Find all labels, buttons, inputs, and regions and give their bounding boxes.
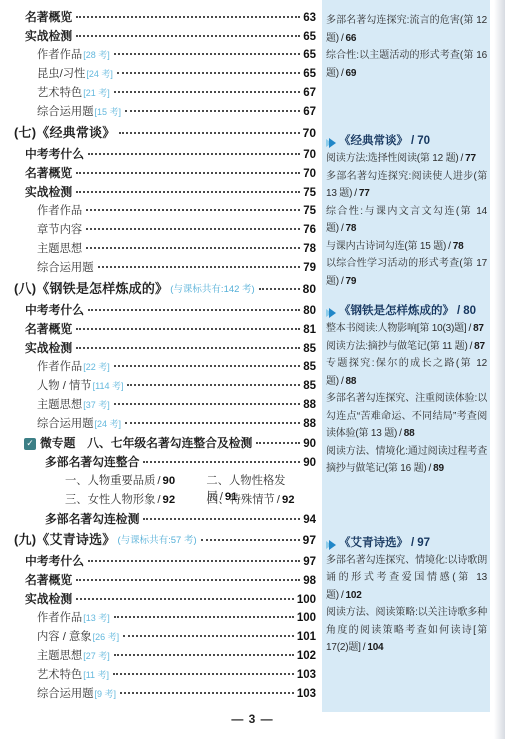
page-edge-shadow — [494, 0, 505, 739]
page-number: 66 — [346, 33, 357, 44]
page-number: 70 — [303, 168, 316, 180]
dotted-leader — [143, 461, 300, 463]
toc-subtopic: 三、女性人物形象/92 — [65, 491, 207, 507]
page-number: 97 — [303, 533, 316, 547]
page-separator: / — [429, 463, 432, 474]
page-separator: / — [399, 428, 402, 439]
toc-entry-label: 综合运用题 — [37, 415, 94, 431]
dotted-leader — [125, 110, 300, 112]
toc-entry-label: 综合运用题 — [37, 685, 94, 701]
page-number: 89 — [433, 463, 444, 474]
toc-subtopic: 一、人物重要品质/90 — [65, 472, 206, 488]
dotted-leader — [114, 91, 300, 93]
toc-entry: 作者作品[28 考]65 — [37, 46, 316, 65]
toc-entry: (七)《经典常谈》70 — [14, 122, 316, 145]
dotted-leader — [86, 247, 300, 249]
page-number: 88 — [303, 418, 316, 430]
dotted-leader — [114, 654, 294, 656]
toc-entry: 艺术特色[21 考]67 — [37, 84, 316, 103]
sidebar-note-text: 与课内古诗词勾连(第 15 题) — [326, 241, 446, 252]
page-number: 70 — [417, 132, 430, 150]
sidebar-heading-title: 《经典常谈》 — [339, 132, 408, 150]
toc-entry-label: 作者作品 — [37, 609, 82, 625]
exam-count-tag: [13 考] — [83, 611, 110, 624]
exam-count-tag: [28 考] — [83, 48, 110, 61]
sidebar-note: 综合性:以主题活动的形式考查(第 16 题)/69 — [326, 47, 487, 82]
page-number: 79 — [303, 262, 316, 274]
dotted-leader — [76, 172, 300, 174]
toc-entry: 中考考什么80 — [25, 301, 316, 320]
toc-two-column-row: 三、女性人物形象/92四、特殊情节/92 — [65, 491, 316, 510]
exam-count-tag: [22 考] — [83, 360, 110, 373]
page-number: 103 — [297, 688, 316, 700]
toc-entry: 作者作品[13 考]100 — [37, 609, 316, 628]
toc-entry-label: 艺术特色 — [37, 84, 82, 100]
arrow-marker-icon — [326, 306, 337, 316]
book-toc-page: 名著概览63实战检测65作者作品[28 考]65昆虫/习性[24 考]65艺术特… — [0, 0, 505, 739]
page-number: 92 — [163, 494, 176, 506]
page-separator: / — [461, 153, 464, 164]
page-separator: / — [341, 223, 344, 234]
toc-entry-label: 中考考什么 — [25, 145, 84, 162]
page-separator: / — [341, 276, 344, 287]
exam-count-tag: [27 考] — [83, 649, 110, 662]
dotted-leader — [201, 539, 300, 541]
dotted-leader — [114, 53, 300, 55]
page-separator: / — [411, 132, 414, 150]
toc-entry-label: (九)《艾青诗选》 — [14, 529, 115, 548]
toc-entry-label: (八)《钢铁是怎样炼成的》 — [14, 278, 168, 297]
toc-entry: 中考考什么97 — [25, 552, 316, 571]
dotted-leader — [88, 153, 300, 155]
sidebar-heading-title: 《钢铁是怎样炼成的》 — [339, 302, 454, 320]
page-number: 65 — [303, 49, 316, 61]
toc-entry-label: 综合运用题 — [37, 259, 94, 275]
toc-entry-label: 多部名著勾连检测 — [45, 510, 139, 527]
page-separator: / — [354, 188, 357, 199]
sidebar-heading: 《钢铁是怎样炼成的》/80 — [326, 302, 487, 320]
exam-count-tag: [26 考] — [93, 630, 120, 643]
page-number: 90 — [303, 457, 316, 469]
toc-entry-label: 主题思想 — [37, 647, 82, 663]
page-separator: / — [157, 494, 160, 506]
toc-two-column-row: 一、人物重要品质/90二、人物性格发展/91 — [65, 472, 316, 491]
exam-count-tag: [24 考] — [86, 67, 113, 80]
toc-entry-label: 主题思想 — [37, 396, 82, 412]
dotted-leader — [127, 384, 300, 386]
dotted-leader — [259, 288, 300, 290]
page-footer: — 3 — — [0, 712, 505, 726]
toc-entry: 实战检测65 — [25, 27, 316, 46]
toc-entry: 多部名著勾连检测94 — [45, 510, 316, 529]
toc-entry: ✓微专题 八、七年级名著勾连整合及检测90 — [24, 434, 316, 453]
dotted-leader — [76, 579, 300, 581]
sidebar-note-text: 多部名著勾连探究:阅读使人进步(第 13 题) — [326, 171, 487, 200]
page-number: 97 — [417, 534, 430, 552]
sidebar-note: 与课内古诗词勾连(第 15 题)/78 — [326, 238, 487, 256]
exam-count-tag: [9 考] — [95, 687, 117, 700]
page-separator: / — [157, 475, 160, 487]
toc-entry: 主题思想[37 考]88 — [37, 396, 316, 415]
sidebar-note-text: 阅读方法、情境化:通过阅读过程考查摘抄与做笔记(第 16 题) — [326, 446, 487, 475]
toc-entry-label: 中考考什么 — [25, 552, 84, 569]
toc-entry: 综合运用题[15 考]67 — [37, 103, 316, 122]
toc-entry: 名著概览70 — [25, 164, 316, 183]
toc-entry: 作者作品75 — [37, 202, 316, 221]
sidebar-heading: 《艾青诗选》/97 — [326, 534, 487, 552]
page-number: 85 — [303, 380, 316, 392]
toc-entry-label: 实战检测 — [25, 590, 72, 607]
page-number: 98 — [303, 575, 316, 587]
sidebar-note: 综合性:与课内文言文勾连(第 14 题)/78 — [326, 203, 487, 238]
page-separator: / — [470, 341, 473, 352]
dotted-leader — [256, 442, 300, 444]
page-number: 77 — [465, 153, 476, 164]
sidebar-note: 多部名著勾连探究:流言的危害(第 12 题)/66 — [326, 12, 487, 47]
dotted-leader — [113, 673, 294, 675]
exam-count-tag: [37 考] — [83, 398, 110, 411]
dotted-leader — [117, 72, 300, 74]
sidebar-note: 多部名著勾连探究、注重阅读体验:以勾连点“苦难命运、不同结局”考查阅读体验(第 … — [326, 390, 487, 443]
arrow-marker-icon — [326, 538, 337, 548]
page-separator: / — [341, 33, 344, 44]
page-number: 63 — [303, 12, 316, 24]
dotted-leader — [98, 266, 301, 268]
page-separator: / — [341, 590, 344, 601]
page-separator: / — [341, 376, 344, 387]
toc-entry: 内容 / 意象[26 考]101 — [37, 628, 316, 647]
page-number: 80 — [303, 305, 316, 317]
arrow-marker-icon — [326, 136, 337, 146]
page-number: 85 — [303, 361, 316, 373]
page-separator: / — [457, 302, 460, 320]
page-number: 85 — [303, 343, 316, 355]
toc-entry-label: 昆虫/习性 — [37, 65, 85, 81]
exam-notes-sidebar: 多部名著勾连探究:流言的危害(第 12 题)/66综合性:以主题活动的形式考查(… — [322, 0, 490, 712]
toc-entry: 多部名著勾连整合90 — [45, 453, 316, 472]
toc-entry-label: 实战检测 — [25, 183, 72, 200]
dotted-leader — [76, 328, 300, 330]
sidebar-note: 阅读方法:选择性阅读(第 12 题)/77 — [326, 150, 487, 168]
toc-entry-label: 作者作品 — [37, 358, 82, 374]
page-number: 76 — [303, 224, 316, 236]
sidebar-note: 阅读方法、情境化:通过阅读过程考查摘抄与做笔记(第 16 题)/89 — [326, 443, 487, 478]
toc-entry: 名著概览98 — [25, 571, 316, 590]
page-number: 88 — [404, 428, 415, 439]
dotted-leader — [125, 422, 300, 424]
sidebar-note-text: 阅读方法、阅读策略:以关注诗歌多种角度的阅读策略考查如何读诗[第 17(2)题] — [326, 607, 487, 653]
page-number: 75 — [303, 187, 316, 199]
page-number: 97 — [303, 556, 316, 568]
toc-entry-label: (七)《经典常谈》 — [14, 122, 115, 141]
toc-entry-label: 作者作品 — [37, 46, 82, 62]
toc-entry: 名著概览81 — [25, 320, 316, 339]
sidebar-note: 整本书阅读:人物影响[第 10(3)题]/87 — [326, 320, 487, 338]
page-number: 70 — [303, 149, 316, 161]
page-number: 78 — [453, 241, 464, 252]
exam-count-tag: [114 考] — [93, 379, 124, 392]
page-number: 88 — [303, 399, 316, 411]
toc-entry-label: 多部名著勾连整合 — [45, 453, 139, 470]
dotted-leader — [76, 347, 300, 349]
sidebar-note: 阅读方法:摘抄与做笔记(第 11 题)/87 — [326, 338, 487, 356]
sidebar-group: 《经典常谈》/70阅读方法:选择性阅读(第 12 题)/77多部名著勾连探究:阅… — [326, 132, 487, 290]
dotted-leader — [114, 403, 300, 405]
page-number: 87 — [474, 341, 485, 352]
toc-entry: 中考考什么70 — [25, 145, 316, 164]
toc-entry: 名著概览63 — [25, 8, 316, 27]
toc-entry-label: 章节内容 — [37, 221, 82, 237]
toc-entry: 人物 / 情节[114 考]85 — [37, 377, 316, 396]
page-number: 81 — [303, 324, 316, 336]
sidebar-heading: 《经典常谈》/70 — [326, 132, 487, 150]
toc-entry-label: 名著概览 — [25, 320, 72, 337]
toc-entry-list: 名著概览63实战检测65作者作品[28 考]65昆虫/习性[24 考]65艺术特… — [14, 8, 316, 704]
toc-entry: 实战检测100 — [25, 590, 316, 609]
page-number: 90 — [303, 438, 316, 450]
sidebar-note: 专题探究:保尔的成长之路(第 12 题)/88 — [326, 355, 487, 390]
dotted-leader — [88, 309, 300, 311]
dotted-leader — [76, 191, 300, 193]
dotted-leader — [88, 560, 300, 562]
page-number: 104 — [367, 642, 383, 653]
sidebar-note: 多部名著勾连探究、情境化:以诗歌朗诵的形式考查爱国情感(第 13 题)/102 — [326, 552, 487, 605]
toc-entry: 作者作品[22 考]85 — [37, 358, 316, 377]
toc-entry-label: 三、女性人物形象 — [65, 494, 155, 506]
page-number: 65 — [303, 31, 316, 43]
page-number: 100 — [297, 594, 316, 606]
page-number: 92 — [282, 494, 295, 506]
toc-entry-label: 作者作品 — [37, 202, 82, 218]
dotted-leader — [76, 16, 300, 18]
page-number: 70 — [303, 126, 316, 140]
dotted-leader — [86, 209, 300, 211]
page-number: 88 — [346, 376, 357, 387]
exam-count-tag: [11 考] — [83, 668, 109, 681]
sidebar-note-text: 阅读方法:选择性阅读(第 12 题) — [326, 153, 459, 164]
dotted-leader — [86, 228, 300, 230]
toc-entry-label: 实战检测 — [25, 27, 72, 44]
page-separator: / — [363, 642, 366, 653]
page-number: 103 — [297, 669, 316, 681]
toc-entry: 综合运用题[9 考]103 — [37, 685, 316, 704]
dotted-leader — [76, 598, 294, 600]
toc-entry-label: 一、人物重要品质 — [65, 475, 155, 487]
toc-entry: 章节内容76 — [37, 221, 316, 240]
toc-entry: (八)《钢铁是怎样炼成的》(与课标共有:142 考)80 — [14, 278, 316, 301]
toc-entry: 实战检测85 — [25, 339, 316, 358]
dotted-leader — [123, 635, 294, 637]
curriculum-note: (与课标共有:57 考) — [117, 532, 196, 546]
dotted-leader — [120, 692, 294, 694]
toc-entry-label: 综合运用题 — [37, 103, 94, 119]
toc-entry: 主题思想[27 考]102 — [37, 647, 316, 666]
toc-entry-label: 中考考什么 — [25, 301, 84, 318]
page-number: 67 — [303, 87, 316, 99]
dotted-leader — [114, 365, 300, 367]
exam-count-tag: [24 考] — [95, 417, 122, 430]
page-number: 80 — [463, 302, 476, 320]
page-number: 78 — [346, 223, 357, 234]
dotted-leader — [119, 132, 299, 134]
page-separator: / — [277, 494, 280, 506]
toc-entry-label: 名著概览 — [25, 8, 72, 25]
page-number: 100 — [297, 612, 316, 624]
toc-entry: 综合运用题[24 考]88 — [37, 415, 316, 434]
dotted-leader — [76, 35, 300, 37]
page-separator: / — [411, 534, 414, 552]
page-separator: / — [468, 323, 471, 334]
page-number: 79 — [346, 276, 357, 287]
toc-entry: 昆虫/习性[24 考]65 — [37, 65, 316, 84]
page-number: 101 — [297, 631, 316, 643]
toc-entry: 艺术特色[11 考]103 — [37, 666, 316, 685]
page-number: 67 — [303, 106, 316, 118]
curriculum-note: (与课标共有:142 考) — [170, 281, 254, 295]
toc-entry-label: 内容 / 意象 — [37, 628, 92, 644]
sidebar-note: 阅读方法、阅读策略:以关注诗歌多种角度的阅读策略考查如何读诗[第 17(2)题]… — [326, 604, 487, 657]
page-number: 75 — [303, 205, 316, 217]
page-number: 90 — [163, 475, 176, 487]
toc-entry: 实战检测75 — [25, 183, 316, 202]
toc-entry-label: 艺术特色 — [37, 666, 82, 682]
sidebar-note: 以综合性学习活动的形式考查(第 17 题)/79 — [326, 255, 487, 290]
page-number: 102 — [297, 650, 316, 662]
toc-entry-label: 名著概览 — [25, 571, 72, 588]
sidebar-group: 《艾青诗选》/97多部名著勾连探究、情境化:以诗歌朗诵的形式考查爱国情感(第 1… — [326, 534, 487, 657]
dotted-leader — [143, 518, 300, 520]
toc-entry-label: 人物 / 情节 — [37, 377, 92, 393]
toc-entry-label: 微专题 八、七年级名著勾连整合及检测 — [40, 434, 252, 451]
toc-entry: (九)《艾青诗选》(与课标共有:57 考)97 — [14, 529, 316, 552]
page-number: 80 — [303, 282, 316, 296]
page-number: 77 — [359, 188, 370, 199]
page-separator: / — [341, 68, 344, 79]
sidebar-note-text: 阅读方法:摘抄与做笔记(第 11 题) — [326, 341, 468, 352]
page-number: 78 — [303, 243, 316, 255]
sidebar-note: 多部名著勾连探究:阅读使人进步(第 13 题)/77 — [326, 168, 487, 203]
page-number: 87 — [473, 323, 484, 334]
toc-entry: 综合运用题79 — [37, 259, 316, 278]
sidebar-group: 多部名著勾连探究:流言的危害(第 12 题)/66综合性:以主题活动的形式考查(… — [326, 12, 487, 82]
page-number: 102 — [346, 590, 362, 601]
toc-entry-label: 名著概览 — [25, 164, 72, 181]
exam-count-tag: [15 考] — [95, 105, 122, 118]
toc-entry-label: 实战检测 — [25, 339, 72, 356]
page-number: 94 — [303, 514, 316, 526]
toc-entry-label: 四、特殊情节 — [207, 494, 275, 506]
page-number: 69 — [346, 68, 357, 79]
toc-subtopic: 四、特殊情节/92 — [207, 491, 295, 507]
checkbox-check-icon: ✓ — [24, 438, 36, 450]
sidebar-heading-title: 《艾青诗选》 — [339, 534, 408, 552]
toc-entry: 主题思想78 — [37, 240, 316, 259]
page-number: 65 — [303, 68, 316, 80]
sidebar-note-text: 整本书阅读:人物影响[第 10(3)题] — [326, 323, 466, 334]
sidebar-group: 《钢铁是怎样炼成的》/80整本书阅读:人物影响[第 10(3)题]/87阅读方法… — [326, 302, 487, 478]
toc-entry-label: 主题思想 — [37, 240, 82, 256]
dotted-leader — [114, 616, 294, 618]
page-separator: / — [448, 241, 451, 252]
exam-count-tag: [21 考] — [83, 86, 110, 99]
toc-column: 名著概览63实战检测65作者作品[28 考]65昆虫/习性[24 考]65艺术特… — [14, 8, 316, 704]
